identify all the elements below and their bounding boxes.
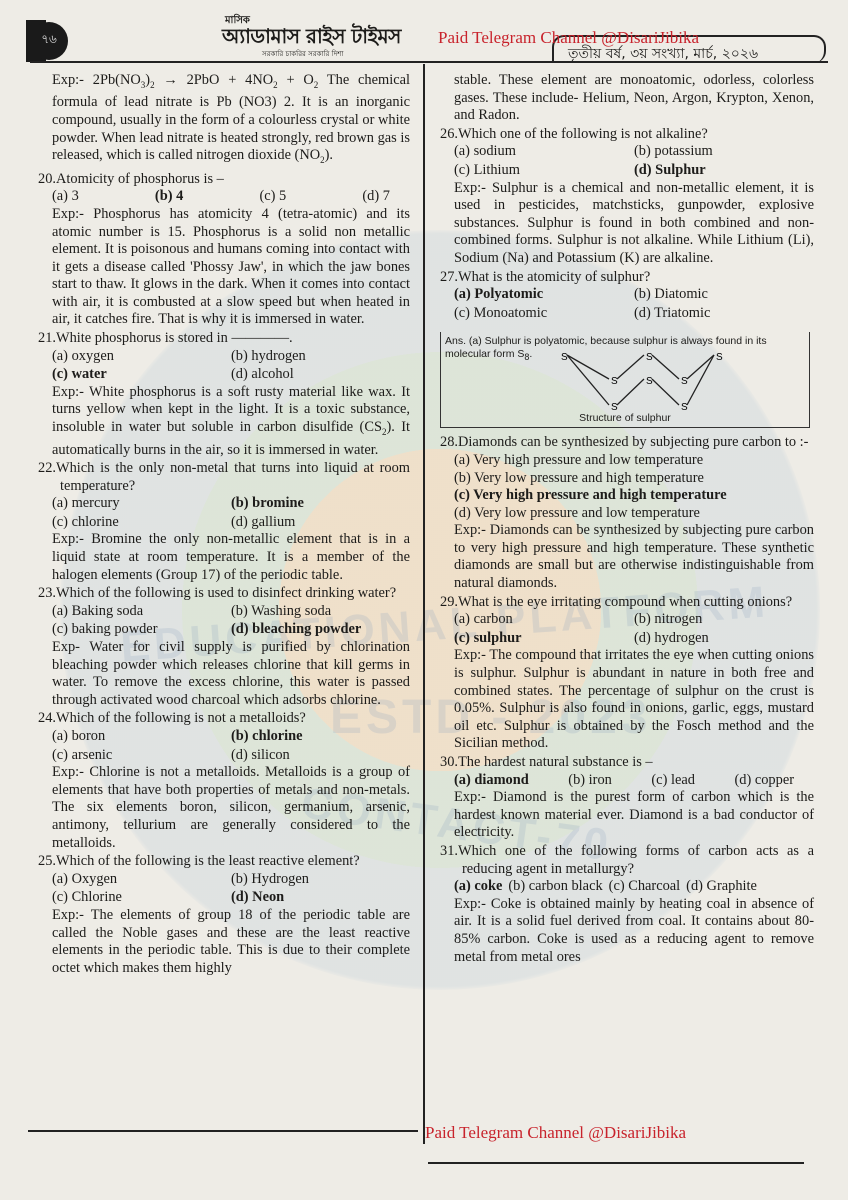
- options-list: (a) Oxygen(b) Hydrogen(c) Chlorine(d) Ne…: [38, 871, 410, 907]
- question-block: 24.Which of the following is not a metal…: [38, 710, 410, 852]
- option: (b) potassium: [634, 143, 814, 161]
- answer-box-caption: Structure of sulphur: [441, 412, 809, 425]
- telegram-overlay-top: Paid Telegram Channel @DisariJibika: [438, 28, 699, 48]
- svg-text:S: S: [611, 376, 618, 387]
- explanation: Exp:- Coke is obtained mainly by heating…: [440, 896, 814, 966]
- explanation: Exp:- Sulphur is a chemical and non-meta…: [440, 180, 814, 268]
- left-question-list: 20.Atomicity of phosphorus is –(a) 3(b) …: [38, 171, 410, 978]
- option: (d) alcohol: [231, 366, 410, 384]
- option: (c) chlorine: [52, 514, 231, 532]
- option: (b) Very low pressure and high temperatu…: [454, 470, 814, 488]
- option-correct: (d) Sulphur: [634, 162, 814, 180]
- right-bottom-rule: [428, 1162, 804, 1164]
- option: (d) silicon: [231, 747, 410, 765]
- question-text: 25.Which of the following is the least r…: [38, 853, 410, 871]
- options-list: (a) sodium(b) potassium(c) Lithium(d) Su…: [440, 143, 814, 179]
- options-list: (a) Very high pressure and low temperatu…: [440, 452, 814, 522]
- option: (a) boron: [52, 728, 231, 746]
- question-text: 20.Atomicity of phosphorus is –: [38, 171, 410, 189]
- question-block: 22.Which is the only non-metal that turn…: [38, 460, 410, 584]
- option: (c) lead: [651, 772, 695, 790]
- left-column: Exp:- 2Pb(NO3)2 → 2PbO + 4NO2 + O2 The c…: [38, 72, 410, 977]
- option: (c) 5: [259, 188, 286, 206]
- svg-text:S: S: [561, 352, 568, 363]
- option-correct: (c) water: [52, 366, 231, 384]
- intro-explanation: Exp:- 2Pb(NO3)2 → 2PbO + 4NO2 + O2 The c…: [38, 72, 410, 170]
- option: (c) baking powder: [52, 621, 231, 639]
- option-correct: (b) chlorine: [231, 728, 410, 746]
- explanation: Exp:- The compound that irritates the ey…: [440, 647, 814, 753]
- continued-explanation: stable. These element are monoatomic, od…: [440, 72, 814, 125]
- sulphur-s8-structure-diagram: SSSSSSSS: [441, 352, 811, 412]
- option: (a) sodium: [454, 143, 634, 161]
- question-block: 29.What is the eye irritating compound w…: [440, 594, 814, 753]
- explanation: Exp:- Chlorine is not a metalloids. Meta…: [38, 764, 410, 852]
- options-list: (a) Polyatomic(b) Diatomic(c) Monoatomic…: [440, 286, 814, 322]
- option-correct: (c) Very high pressure and high temperat…: [454, 487, 814, 505]
- question-block: 31.Which one of the following forms of c…: [440, 843, 814, 966]
- option: (c) Lithium: [454, 162, 634, 180]
- option: (b) Diatomic: [634, 286, 814, 304]
- option: (a) Very high pressure and low temperatu…: [454, 452, 814, 470]
- question-text: 28.Diamonds can be synthesized by subjec…: [440, 434, 814, 452]
- option: (b) hydrogen: [231, 348, 410, 366]
- options-list: (a) mercury(b) bromine(c) chlorine(d) ga…: [38, 495, 410, 531]
- option-correct: (d) bleaching powder: [231, 621, 410, 639]
- option: (d) Triatomic: [634, 305, 814, 323]
- option: (a) mercury: [52, 495, 231, 513]
- option: (b) Washing soda: [231, 603, 410, 621]
- option: (c) Charcoal: [609, 878, 681, 896]
- question-block: 21.White phosphorus is stored in ————.(a…: [38, 330, 410, 459]
- header-rule: [30, 61, 828, 63]
- option: (d) 7: [362, 188, 390, 206]
- left-bottom-rule: [28, 1130, 418, 1132]
- option: (c) arsenic: [52, 747, 231, 765]
- option: (a) oxygen: [52, 348, 231, 366]
- explanation: Exp:- Phosphorus has atomicity 4 (tetra-…: [38, 206, 410, 329]
- options-list: (a) Baking soda(b) Washing soda(c) bakin…: [38, 603, 410, 639]
- svg-text:S: S: [716, 352, 723, 363]
- option: (a) carbon: [454, 611, 634, 629]
- option: (b) iron: [568, 772, 612, 790]
- option: (c) Monoatomic: [454, 305, 634, 323]
- options-list: (a) 3(b) 4(c) 5(d) 7: [38, 188, 410, 206]
- option: (d) Graphite: [686, 878, 757, 896]
- option: (d) Very low pressure and low temperatur…: [454, 505, 814, 523]
- question-text: 27.What is the atomicity of sulphur?: [440, 269, 814, 287]
- explanation: Exp:- White phosphorus is a soft rusty m…: [38, 384, 410, 459]
- option-correct: (a) diamond: [454, 772, 529, 790]
- explanation: Exp:- Diamond is the purest form of carb…: [440, 789, 814, 842]
- option: (d) copper: [734, 772, 794, 790]
- question-text: 23.Which of the following is used to dis…: [38, 585, 410, 603]
- magazine-page: EDUCATIONAL PLATFORM ESTD - 2023 CONTACT…: [0, 0, 848, 1200]
- svg-text:S: S: [646, 376, 653, 387]
- options-list: (a) oxygen(b) hydrogen(c) water(d) alcoh…: [38, 348, 410, 384]
- option-correct: (a) Polyatomic: [454, 286, 634, 304]
- option-correct: (b) bromine: [231, 495, 410, 513]
- question-text: 31.Which one of the following forms of c…: [440, 843, 814, 878]
- svg-text:S: S: [646, 352, 653, 363]
- svg-text:S: S: [681, 376, 688, 387]
- options-list: (a) diamond(b) iron(c) lead(d) copper: [440, 772, 814, 790]
- question-block: 23.Which of the following is used to dis…: [38, 585, 410, 709]
- question-block: 25.Which of the following is the least r…: [38, 853, 410, 977]
- svg-text:S: S: [681, 402, 688, 412]
- question-block: 20.Atomicity of phosphorus is –(a) 3(b) …: [38, 171, 410, 329]
- question-block: 26.Which one of the following is not alk…: [440, 126, 814, 268]
- question-block: 28.Diamonds can be synthesized by subjec…: [440, 434, 814, 592]
- masthead-subtitle: সরকারি চাকরির সরকারি দিশা: [262, 48, 343, 60]
- question-block: 27.What is the atomicity of sulphur?(a) …: [440, 269, 814, 429]
- page-header: ৭৬ মাসিক অ্যাডামাস রাইস টাইমস সরকারি চাক…: [0, 0, 848, 62]
- answer-box: Ans. (a) Sulphur is polyatomic, because …: [440, 332, 810, 428]
- right-question-list: 26.Which one of the following is not alk…: [440, 126, 814, 966]
- options-list: (a) boron(b) chlorine(c) arsenic(d) sili…: [38, 728, 410, 764]
- option: (d) hydrogen: [634, 630, 814, 648]
- explanation: Exp- Water for civil supply is purified …: [38, 639, 410, 709]
- right-column: stable. These element are monoatomic, od…: [440, 72, 814, 966]
- option-correct: (d) Neon: [231, 889, 410, 907]
- page-number: ৭৬: [30, 22, 68, 60]
- option: (d) gallium: [231, 514, 410, 532]
- option-correct: (c) sulphur: [454, 630, 634, 648]
- options-list: (a) carbon(b) nitrogen(c) sulphur(d) hyd…: [440, 611, 814, 647]
- question-text: 22.Which is the only non-metal that turn…: [38, 460, 410, 495]
- explanation: Exp:- Diamonds can be synthesized by sub…: [440, 522, 814, 592]
- question-text: 24.Which of the following is not a metal…: [38, 710, 410, 728]
- question-text: 29.What is the eye irritating compound w…: [440, 594, 814, 612]
- option: (b) Hydrogen: [231, 871, 410, 889]
- question-block: 30.The hardest natural substance is –(a)…: [440, 754, 814, 842]
- option: (a) Oxygen: [52, 871, 231, 889]
- explanation: Exp:- The elements of group 18 of the pe…: [38, 907, 410, 977]
- option: (c) Chlorine: [52, 889, 231, 907]
- explanation: Exp:- Bromine the only non-metallic elem…: [38, 531, 410, 584]
- option-correct: (b) 4: [155, 188, 183, 206]
- option: (a) Baking soda: [52, 603, 231, 621]
- svg-text:S: S: [611, 402, 618, 412]
- column-divider: [423, 64, 425, 1144]
- question-text: 26.Which one of the following is not alk…: [440, 126, 814, 144]
- question-text: 21.White phosphorus is stored in ————.: [38, 330, 410, 348]
- option: (a) 3: [52, 188, 79, 206]
- option: (b) nitrogen: [634, 611, 814, 629]
- option: (b) carbon black: [508, 878, 602, 896]
- telegram-overlay-bottom: Paid Telegram Channel @DisariJibika: [425, 1123, 686, 1143]
- options-list: (a) coke(b) carbon black(c) Charcoal(d) …: [440, 878, 814, 896]
- option-correct: (a) coke: [454, 878, 502, 896]
- question-text: 30.The hardest natural substance is –: [440, 754, 814, 772]
